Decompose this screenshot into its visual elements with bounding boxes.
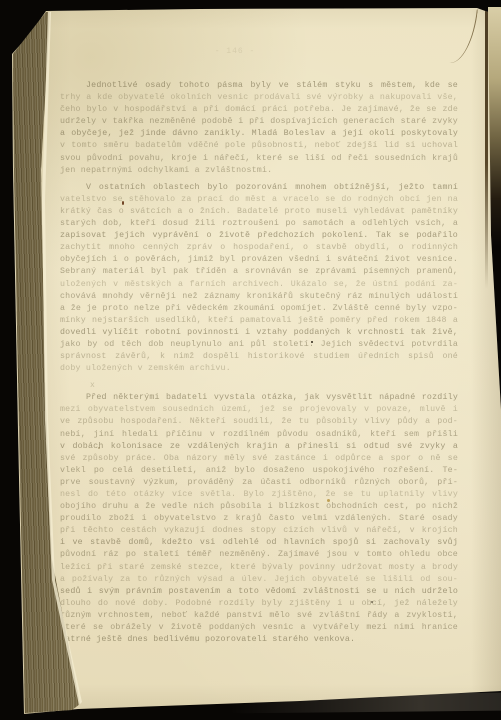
page-number: - 146 - xyxy=(170,47,300,56)
text-line: původní ráz po staletí téměř nezměněný. … xyxy=(60,549,458,561)
text-line: vlekl po celá desetiletí, aniž bylo dosa… xyxy=(60,465,458,477)
text-line: i ve stavbě domů, kdežto vsi odlehlé od … xyxy=(60,537,458,549)
text-line: a že je proto nelze při vědeckém zkoumán… xyxy=(60,303,458,315)
paragraph: Jednotlivé osady tohoto pásma byly ve st… xyxy=(60,80,458,177)
gutter-shadow-line xyxy=(485,9,488,289)
text-line: patrné ještě dnes bedlivému pozorovateli… xyxy=(60,634,458,646)
text-block: Jednotlivé osady tohoto pásma byly ve st… xyxy=(60,80,458,651)
paragraph: Před některými badateli vyvstala otázka,… xyxy=(60,392,458,646)
text-line: zachytit mnoho cenných zpráv o hospodaře… xyxy=(60,242,458,254)
text-line: v dobách kolonisace ze vzdálených krajin… xyxy=(60,441,458,453)
text-line: uložených v městských a farních archivec… xyxy=(60,279,458,291)
text-line: v tomto směru badatelům vděčné pole půso… xyxy=(60,140,458,152)
text-line: proudilo zboží i obyvatelstvo z krajů ča… xyxy=(60,513,458,525)
text-line: obojího druhu a že vedle nich působila i… xyxy=(60,501,458,513)
text-line: svou původní povahu, kroje i nářečí, kte… xyxy=(60,153,458,165)
text-line: doby uložených v zemském archivu. xyxy=(60,363,458,375)
text-line: a obyčeje, jež jinde dávno zanikly. Mlad… xyxy=(60,128,458,140)
text-line: zapisovat jejich vyprávění o životě před… xyxy=(60,230,458,242)
book-page: - 146 - Jednotlivé osady tohoto pásma by… xyxy=(0,0,501,720)
text-line: prve soustavný výzkum, prováděný za účas… xyxy=(60,477,458,489)
text-line: své způsoby práce. Oba názory měly své z… xyxy=(60,453,458,465)
text-line: krátký čas o svátcích a o žních. Badatel… xyxy=(60,206,458,218)
text-line: vatelstvo se stěhovalo za prací do měst … xyxy=(60,194,458,206)
paper-speck xyxy=(371,601,373,603)
text-line: trhy a kde obyvatelé okolních vesnic pro… xyxy=(60,92,458,104)
paper-speck xyxy=(98,447,100,449)
text-line: které se obrážely v životě poddaných ves… xyxy=(60,622,458,634)
text-line: nebí, jiní hledali příčinu v rozdílném p… xyxy=(60,429,458,441)
text-line: Jednotlivé osady tohoto pásma byly ve st… xyxy=(60,80,458,92)
text-line: V ostatních oblastech bylo pozorování mn… xyxy=(60,182,458,194)
scanned-book-photo: - 146 - Jednotlivé osady tohoto pásma by… xyxy=(0,0,501,720)
text-line: mezi obyvatelstvem sousedních území, jež… xyxy=(60,404,458,416)
text-line: různým vrchnostem, neboť každé panství m… xyxy=(60,610,458,622)
text-line: jen nepatrnými odchylkami a zvláštnostmi… xyxy=(60,165,458,177)
separator-mark: x xyxy=(60,380,458,392)
text-line: ve způsobu hospodaření. Někteří soudili,… xyxy=(60,416,458,428)
text-line: správnost závěrů, k nimž dospěli histori… xyxy=(60,351,458,363)
text-line: a požívaly za to různých výsad a úlev. J… xyxy=(60,574,458,586)
text-line: jako by od těch dob neuplynulo ani půl s… xyxy=(60,339,458,351)
text-line: nesl do této otázky více světla. Bylo zj… xyxy=(60,489,458,501)
text-line: starých dob, kteří dosud žili roztroušen… xyxy=(60,218,458,230)
text-line: sedů i svým právním postavením a toto vě… xyxy=(60,586,458,598)
paper-speck xyxy=(122,201,124,205)
paper-speck xyxy=(311,341,313,343)
text-line: Před některými badateli vyvstala otázka,… xyxy=(60,392,458,404)
text-line: dlouho do nové doby. Podobné rozdíly byl… xyxy=(60,598,458,610)
text-line: mínky nejstarších usedlíků, kteří pamato… xyxy=(60,315,458,327)
text-line: udržely v takřka nezměněné podobě i při … xyxy=(60,116,458,128)
text-line: při těchto cestách vykazují dodnes stopy… xyxy=(60,525,458,537)
text-line: dovedli vylíčit robotní povinnosti i vzt… xyxy=(60,327,458,339)
text-line: ležící při staré zemské stezce, které bý… xyxy=(60,562,458,574)
text-line: chovává mnohdy věrněji než záznamy kroni… xyxy=(60,291,458,303)
text-line: čeho bylo v hospodářství a při domácí pr… xyxy=(60,104,458,116)
text-line: obyčejích i o pověrách, jimiž byl prováz… xyxy=(60,254,458,266)
paragraph: V ostatních oblastech bylo pozorování mn… xyxy=(60,182,458,376)
text-line: Sebraný materiál byl pak tříděn a srovná… xyxy=(60,266,458,278)
paper-speck xyxy=(327,499,330,502)
corner-crease xyxy=(447,7,478,65)
